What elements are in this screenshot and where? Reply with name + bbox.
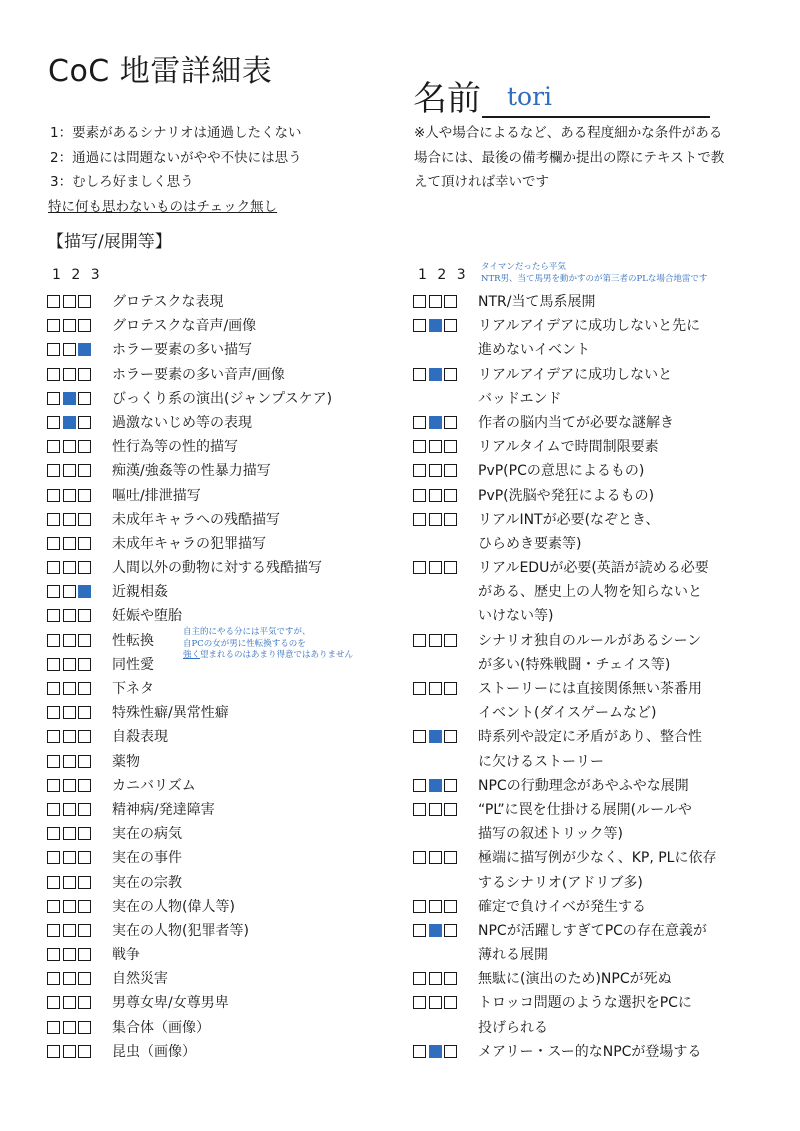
checkbox-rating-1[interactable]	[47, 561, 60, 574]
checklist-row-continuation: イベント(ダイスゲームなど)	[413, 701, 717, 725]
rating-checkboxes	[47, 508, 112, 526]
checkbox-rating-3[interactable]	[78, 537, 91, 550]
item-label: 集合体（画像）	[112, 1016, 210, 1040]
checkbox-rating-2[interactable]	[63, 343, 76, 356]
checklist-row: 性転換	[47, 629, 332, 653]
checkbox-rating-3[interactable]	[444, 779, 457, 792]
checkbox-rating-3[interactable]	[444, 730, 457, 743]
checklist-row: 性行為等の性的描写	[47, 435, 332, 459]
checklist-row: カニバリズム	[47, 774, 332, 798]
checkbox-rating-3[interactable]	[78, 658, 91, 671]
checkbox-rating-1[interactable]	[47, 1045, 60, 1058]
checklist-row: 実在の人物(犯罪者等)	[47, 919, 332, 943]
checklist-row: グロテスクな表現	[47, 290, 332, 314]
checkbox-rating-2[interactable]	[429, 1045, 442, 1058]
item-label: 下ネタ	[112, 677, 154, 701]
checkbox-rating-1[interactable]	[47, 827, 60, 840]
checklist-row: NPCが活躍しすぎてPCの存在意義が	[413, 919, 717, 943]
checklist-row: 昆虫（画像）	[47, 1040, 332, 1064]
rating-checkboxes	[413, 459, 478, 477]
indent-spacer	[413, 604, 478, 609]
checkbox-rating-2[interactable]	[63, 561, 76, 574]
checkbox-rating-2[interactable]	[63, 368, 76, 381]
checkbox-rating-2[interactable]	[63, 730, 76, 743]
checkbox-rating-2[interactable]	[429, 996, 442, 1009]
checklist-row-continuation: がある、歴史上の人物を知らないと	[413, 580, 717, 604]
checklist-row: リアルEDUが必要(英語が読める必要	[413, 556, 717, 580]
rating-checkboxes	[413, 411, 478, 429]
checkbox-rating-2[interactable]	[63, 440, 76, 453]
checkbox-rating-3[interactable]	[78, 851, 91, 864]
checkbox-rating-1[interactable]	[413, 900, 426, 913]
checkbox-rating-2[interactable]	[63, 585, 76, 598]
checkbox-rating-3[interactable]	[444, 489, 457, 502]
checkbox-rating-2[interactable]	[63, 513, 76, 526]
checkbox-rating-3[interactable]	[78, 634, 91, 647]
checkbox-rating-3[interactable]	[444, 319, 457, 332]
item-label: グロテスクな音声/画像	[112, 314, 256, 338]
checklist-row: PvP(PCの意思によるもの)	[413, 459, 717, 483]
checkbox-rating-1[interactable]	[47, 706, 60, 719]
rating-checkboxes	[47, 943, 112, 961]
checkbox-rating-3[interactable]	[78, 561, 91, 574]
checkbox-rating-1[interactable]	[47, 876, 60, 889]
checkbox-rating-3[interactable]	[444, 561, 457, 574]
rating-checkboxes	[47, 363, 112, 381]
checkbox-rating-3[interactable]	[78, 1021, 91, 1034]
checkbox-rating-3[interactable]	[78, 803, 91, 816]
item-label: NTR/当て馬系展開	[478, 290, 595, 314]
checkbox-rating-1[interactable]	[413, 803, 426, 816]
checkbox-rating-2[interactable]	[63, 924, 76, 937]
item-label: に欠けるストーリー	[478, 750, 604, 774]
indent-spacer	[413, 532, 478, 537]
checkbox-rating-3[interactable]	[78, 706, 91, 719]
checkbox-rating-2[interactable]	[429, 368, 442, 381]
item-label: がある、歴史上の人物を知らないと	[478, 580, 702, 604]
checkbox-rating-3[interactable]	[78, 924, 91, 937]
checkbox-rating-3[interactable]	[444, 513, 457, 526]
checkbox-rating-2[interactable]	[429, 561, 442, 574]
item-label: リアルアイデアに成功しないと	[478, 363, 672, 387]
checkbox-rating-3[interactable]	[444, 682, 457, 695]
checkbox-rating-3[interactable]	[78, 755, 91, 768]
item-label: 性行為等の性的描写	[112, 435, 238, 459]
checkbox-rating-3[interactable]	[444, 972, 457, 985]
checkbox-rating-3[interactable]	[78, 682, 91, 695]
checkbox-rating-3[interactable]	[444, 803, 457, 816]
indent-spacer	[413, 701, 478, 706]
item-label: いけない等)	[478, 604, 553, 628]
rating-checkboxes	[413, 725, 478, 743]
checklist-row: 自然災害	[47, 967, 332, 991]
rating-checkboxes	[47, 846, 112, 864]
rating-checkboxes	[47, 967, 112, 985]
checklist-row: PvP(洗脳や発狂によるもの)	[413, 484, 717, 508]
checklist-row: 特殊性癖/異常性癖	[47, 701, 332, 725]
checkbox-rating-1[interactable]	[413, 295, 426, 308]
checkbox-rating-2[interactable]	[63, 319, 76, 332]
rating-checkboxes	[47, 411, 112, 429]
checkbox-rating-3[interactable]	[78, 900, 91, 913]
rating-checkboxes	[413, 677, 478, 695]
checkbox-rating-1[interactable]	[413, 634, 426, 647]
checklist-row: リアルINTが必要(なぞとき、	[413, 508, 717, 532]
checkbox-rating-1[interactable]	[47, 948, 60, 961]
item-label: 描写の叙述トリック等)	[478, 822, 623, 846]
checkbox-rating-1[interactable]	[47, 730, 60, 743]
item-label: 極端に描写例が少なく、KP, PLに依存	[478, 846, 717, 870]
checkbox-rating-3[interactable]	[78, 827, 91, 840]
checklist-row: 無駄に(演出のため)NPCが死ぬ	[413, 967, 717, 991]
item-label: が多い(特殊戦闘・チェイス等)	[478, 653, 670, 677]
checklist-row: 下ネタ	[47, 677, 332, 701]
checkbox-rating-1[interactable]	[413, 730, 426, 743]
checkbox-rating-1[interactable]	[47, 609, 60, 622]
rating-checkboxes	[413, 629, 478, 647]
item-label: シナリオ独自のルールがあるシーン	[478, 629, 701, 653]
checkbox-rating-1[interactable]	[413, 440, 426, 453]
checkbox-rating-2[interactable]	[63, 682, 76, 695]
name-label: 名前	[413, 78, 481, 120]
item-label: メアリー・スー的なNPCが登場する	[478, 1040, 701, 1064]
item-label: 投げられる	[478, 1016, 548, 1040]
item-label: 痴漢/強姦等の性暴力描写	[112, 459, 271, 483]
checkbox-rating-2[interactable]	[63, 827, 76, 840]
indent-spacer	[413, 750, 478, 755]
checkbox-rating-3[interactable]	[78, 972, 91, 985]
item-label: 実在の病気	[112, 822, 182, 846]
checkbox-rating-2[interactable]	[63, 634, 76, 647]
checkbox-rating-2[interactable]	[63, 972, 76, 985]
item-label: 昆虫（画像）	[112, 1040, 196, 1064]
checkbox-rating-1[interactable]	[413, 851, 426, 864]
checkbox-rating-1[interactable]	[47, 900, 60, 913]
checkbox-rating-3[interactable]	[444, 851, 457, 864]
checkbox-rating-3[interactable]	[444, 634, 457, 647]
checkbox-rating-2[interactable]	[429, 295, 442, 308]
checkbox-rating-1[interactable]	[47, 924, 60, 937]
rating-checkboxes	[47, 459, 112, 477]
item-label: 未成年キャラへの残酷描写	[112, 508, 280, 532]
item-label: 実在の宗教	[112, 871, 182, 895]
ntr-annotation-line-2: NTR男、当て馬男を動かすのが第三者のPLな場合地雷です	[481, 274, 707, 286]
rating-checkboxes	[47, 895, 112, 913]
checkbox-rating-2[interactable]	[63, 876, 76, 889]
item-label: 嘔吐/排泄描写	[112, 484, 201, 508]
rating-checkboxes	[413, 919, 478, 937]
checkbox-rating-1[interactable]	[413, 368, 426, 381]
rating-checkboxes	[47, 701, 112, 719]
checkbox-rating-1[interactable]	[47, 368, 60, 381]
item-label: 無駄に(演出のため)NPCが死ぬ	[478, 967, 672, 991]
checkbox-rating-2[interactable]	[429, 464, 442, 477]
rating-checkboxes	[413, 967, 478, 985]
checklist-row-continuation: するシナリオ(アドリブ多)	[413, 871, 717, 895]
checklist-row: 男尊女卑/女尊男卑	[47, 991, 332, 1015]
page-title: CoC 地雷詳細表	[48, 52, 272, 92]
rating-checkboxes	[47, 387, 112, 405]
checkbox-rating-1[interactable]	[47, 851, 60, 864]
checkbox-rating-1[interactable]	[47, 972, 60, 985]
checkbox-rating-3[interactable]	[78, 416, 91, 429]
checkbox-rating-2[interactable]	[63, 1021, 76, 1034]
checkbox-rating-2[interactable]	[63, 416, 76, 429]
checklist-row: 極端に描写例が少なく、KP, PLに依存	[413, 846, 717, 870]
legend-line-3: 3：むしろ好ましく思う	[50, 170, 302, 195]
rating-checkboxes	[47, 1016, 112, 1034]
checkbox-rating-3[interactable]	[78, 948, 91, 961]
checklist-row: 戦争	[47, 943, 332, 967]
checkbox-rating-2[interactable]	[63, 1045, 76, 1058]
checkbox-rating-3[interactable]	[78, 779, 91, 792]
checkbox-rating-3[interactable]	[444, 996, 457, 1009]
checkbox-rating-3[interactable]	[78, 392, 91, 405]
checkbox-rating-1[interactable]	[47, 537, 60, 550]
rating-checkboxes	[47, 580, 112, 598]
item-label: ひらめき要素等)	[478, 532, 581, 556]
checklist-row-continuation: バッドエンド	[413, 387, 717, 411]
checklist-row: 妊娠や堕胎	[47, 604, 332, 628]
item-label: びっくり系の演出(ジャンプスケア)	[112, 387, 332, 411]
checklist-row: 痴漢/強姦等の性暴力描写	[47, 459, 332, 483]
checkbox-rating-2[interactable]	[429, 779, 442, 792]
checkbox-rating-1[interactable]	[47, 996, 60, 1009]
checklist-row: 自殺表現	[47, 725, 332, 749]
checkbox-rating-2[interactable]	[429, 972, 442, 985]
checkbox-rating-2[interactable]	[429, 319, 442, 332]
checklist-row: NPCの行動理念があやふやな展開	[413, 774, 717, 798]
checklist-row-continuation: ひらめき要素等)	[413, 532, 717, 556]
checklist-row: 確定で負けイベが発生する	[413, 895, 717, 919]
item-label: 精神病/発達障害	[112, 798, 215, 822]
rating-checkboxes	[413, 363, 478, 381]
checkbox-rating-3[interactable]	[78, 876, 91, 889]
checkbox-rating-2[interactable]	[63, 658, 76, 671]
checkbox-rating-3[interactable]	[444, 924, 457, 937]
checkbox-rating-2[interactable]	[63, 779, 76, 792]
checkbox-rating-2[interactable]	[63, 464, 76, 477]
checkbox-rating-2[interactable]	[429, 416, 442, 429]
checkbox-rating-3[interactable]	[78, 489, 91, 502]
checkbox-rating-1[interactable]	[47, 416, 60, 429]
checkbox-rating-3[interactable]	[78, 513, 91, 526]
rating-checkboxes	[413, 774, 478, 792]
checkbox-rating-1[interactable]	[413, 972, 426, 985]
checkbox-rating-1[interactable]	[413, 924, 426, 937]
checkbox-rating-2[interactable]	[63, 755, 76, 768]
checkbox-rating-1[interactable]	[47, 319, 60, 332]
item-label: 確定で負けイベが発生する	[478, 895, 646, 919]
section-title: 【描写/展開等】	[47, 229, 172, 255]
checkbox-rating-3[interactable]	[444, 295, 457, 308]
checkbox-rating-1[interactable]	[413, 779, 426, 792]
rating-checkboxes	[413, 484, 478, 502]
item-label: PvP(洗脳や発狂によるもの)	[478, 484, 654, 508]
checkbox-rating-2[interactable]	[429, 900, 442, 913]
checklist-row: シナリオ独自のルールがあるシーン	[413, 629, 717, 653]
rating-checkboxes	[47, 725, 112, 743]
item-label: グロテスクな表現	[112, 290, 223, 314]
rating-checkboxes	[413, 846, 478, 864]
name-field[interactable]: tori	[507, 80, 552, 114]
left-checklist: グロテスクな表現グロテスクな音声/画像ホラー要素の多い描写ホラー要素の多い音声/…	[47, 290, 332, 1064]
checklist-row: 未成年キャラの犯罪描写	[47, 532, 332, 556]
checkbox-rating-3[interactable]	[444, 416, 457, 429]
right-column-header: 1 2 3	[418, 267, 469, 283]
checkbox-rating-2[interactable]	[429, 513, 442, 526]
checkbox-rating-2[interactable]	[63, 537, 76, 550]
checkbox-rating-2[interactable]	[429, 489, 442, 502]
checklist-row: ホラー要素の多い描写	[47, 338, 332, 362]
checkbox-rating-1[interactable]	[413, 682, 426, 695]
checkbox-rating-1[interactable]	[413, 489, 426, 502]
checkbox-rating-1[interactable]	[413, 319, 426, 332]
item-label: 時系列や設定に矛盾があり、整合性	[478, 725, 702, 749]
legend-line-1: 1：要素があるシナリオは通過したくない	[50, 121, 302, 146]
note-line-1: ※人や場合によるなど、ある程度細かな条件がある	[414, 121, 724, 146]
checkbox-rating-3[interactable]	[78, 319, 91, 332]
checkbox-rating-3[interactable]	[78, 343, 91, 356]
item-label: 妊娠や堕胎	[112, 604, 182, 628]
rating-checkboxes	[47, 750, 112, 768]
checklist-row: “PL”に罠を仕掛ける展開(ルールや	[413, 798, 717, 822]
checkbox-rating-2[interactable]	[429, 440, 442, 453]
checkbox-rating-3[interactable]	[78, 440, 91, 453]
checklist-row: 実在の宗教	[47, 871, 332, 895]
checkbox-rating-3[interactable]	[444, 1045, 457, 1058]
rating-checkboxes	[47, 871, 112, 889]
checkbox-rating-2[interactable]	[63, 489, 76, 502]
checklist-row-continuation: 描写の叙述トリック等)	[413, 822, 717, 846]
checkbox-rating-2[interactable]	[429, 634, 442, 647]
checklist-row-continuation: 投げられる	[413, 1016, 717, 1040]
right-checklist: NTR/当て馬系展開リアルアイデアに成功しないと先に進めないイベントリアルアイデ…	[413, 290, 717, 1064]
rating-checkboxes	[47, 677, 112, 695]
checkbox-rating-1[interactable]	[47, 392, 60, 405]
rating-checkboxes	[413, 435, 478, 453]
item-label: 過激ないじめ等の表現	[112, 411, 252, 435]
checkbox-rating-3[interactable]	[78, 585, 91, 598]
item-label: 薄れる展開	[478, 943, 548, 967]
checkbox-rating-2[interactable]	[63, 851, 76, 864]
checkbox-rating-2[interactable]	[63, 803, 76, 816]
checklist-row: ストーリーには直接関係無い茶番用	[413, 677, 717, 701]
rating-checkboxes	[47, 653, 112, 671]
item-label: “PL”に罠を仕掛ける展開(ルールや	[478, 798, 692, 822]
item-label: 近親相姦	[112, 580, 168, 604]
checkbox-rating-2[interactable]	[63, 900, 76, 913]
rating-checkboxes	[413, 895, 478, 913]
checkbox-rating-2[interactable]	[63, 392, 76, 405]
item-label: 未成年キャラの犯罪描写	[112, 532, 266, 556]
checkbox-rating-1[interactable]	[47, 585, 60, 598]
indent-spacer	[413, 822, 478, 827]
checkbox-rating-2[interactable]	[63, 948, 76, 961]
checkbox-rating-1[interactable]	[413, 464, 426, 477]
checkbox-rating-2[interactable]	[429, 851, 442, 864]
checkbox-rating-3[interactable]	[78, 730, 91, 743]
indent-spacer	[413, 1016, 478, 1021]
rating-legend: 1：要素があるシナリオは通過したくない 2：通過には問題ないがやや不快には思う …	[50, 121, 302, 219]
rating-checkboxes	[47, 798, 112, 816]
checklist-row: 近親相姦	[47, 580, 332, 604]
checkbox-rating-1[interactable]	[47, 295, 60, 308]
rating-checkboxes	[47, 532, 112, 550]
checkbox-rating-1[interactable]	[47, 343, 60, 356]
checklist-row: 実在の人物(偉人等)	[47, 895, 332, 919]
checkbox-rating-1[interactable]	[413, 996, 426, 1009]
checkbox-rating-2[interactable]	[63, 609, 76, 622]
checkbox-rating-2[interactable]	[429, 803, 442, 816]
checkbox-rating-1[interactable]	[47, 489, 60, 502]
checklist-row: 薬物	[47, 750, 332, 774]
checkbox-rating-2[interactable]	[429, 682, 442, 695]
item-label: リアルアイデアに成功しないと先に	[478, 314, 700, 338]
rating-checkboxes	[413, 1040, 478, 1058]
checkbox-rating-1[interactable]	[47, 440, 60, 453]
rating-checkboxes	[47, 556, 112, 574]
rating-checkboxes	[47, 338, 112, 356]
checkbox-rating-1[interactable]	[413, 561, 426, 574]
checkbox-rating-1[interactable]	[413, 513, 426, 526]
rating-checkboxes	[413, 556, 478, 574]
checkbox-rating-3[interactable]	[444, 900, 457, 913]
checkbox-rating-2[interactable]	[429, 730, 442, 743]
checkbox-rating-1[interactable]	[47, 513, 60, 526]
checkbox-rating-1[interactable]	[47, 634, 60, 647]
checkbox-rating-2[interactable]	[429, 924, 442, 937]
rating-checkboxes	[413, 290, 478, 308]
checkbox-rating-1[interactable]	[47, 464, 60, 477]
checkbox-rating-2[interactable]	[63, 706, 76, 719]
checklist-row: 集合体（画像）	[47, 1016, 332, 1040]
checkbox-rating-3[interactable]	[78, 1045, 91, 1058]
checkbox-rating-1[interactable]	[413, 1045, 426, 1058]
ntr-annotation-line-1: タイマンだったら平気	[481, 262, 707, 274]
indent-spacer	[413, 387, 478, 392]
legend-line-2: 2：通過には問題ないがやや不快には思う	[50, 146, 302, 171]
item-label: 実在の事件	[112, 846, 182, 870]
ntr-annotation: タイマンだったら平気 NTR男、当て馬男を動かすのが第三者のPLな場合地雷です	[481, 262, 707, 285]
checkbox-rating-1[interactable]	[47, 755, 60, 768]
checkbox-rating-1[interactable]	[413, 416, 426, 429]
checkbox-rating-1[interactable]	[47, 803, 60, 816]
item-label: イベント(ダイスゲームなど)	[478, 701, 657, 725]
checklist-row: 未成年キャラへの残酷描写	[47, 508, 332, 532]
checkbox-rating-1[interactable]	[47, 658, 60, 671]
checkbox-rating-3[interactable]	[444, 368, 457, 381]
item-label: リアルタイムで時間制限要素	[478, 435, 659, 459]
rating-checkboxes	[47, 604, 112, 622]
checkbox-rating-3[interactable]	[78, 996, 91, 1009]
checkbox-rating-2[interactable]	[63, 295, 76, 308]
checklist-row: グロテスクな音声/画像	[47, 314, 332, 338]
checkbox-rating-3[interactable]	[78, 609, 91, 622]
checkbox-rating-2[interactable]	[63, 996, 76, 1009]
checkbox-rating-3[interactable]	[78, 368, 91, 381]
checkbox-rating-1[interactable]	[47, 779, 60, 792]
rating-checkboxes	[413, 508, 478, 526]
checkbox-rating-1[interactable]	[47, 682, 60, 695]
checklist-row: 過激ないじめ等の表現	[47, 411, 332, 435]
checkbox-rating-3[interactable]	[444, 464, 457, 477]
indent-spacer	[413, 943, 478, 948]
checkbox-rating-3[interactable]	[78, 295, 91, 308]
checkbox-rating-3[interactable]	[444, 440, 457, 453]
checkbox-rating-1[interactable]	[47, 1021, 60, 1034]
checkbox-rating-3[interactable]	[78, 464, 91, 477]
